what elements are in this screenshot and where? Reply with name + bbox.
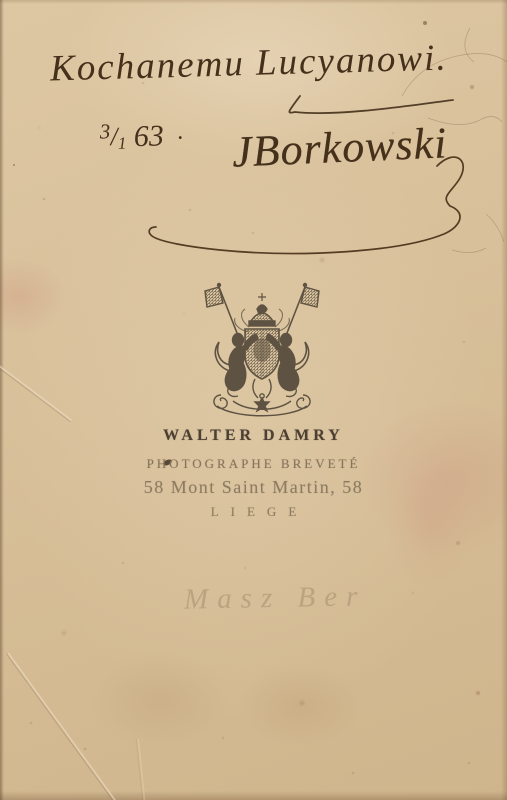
faint-pencil-inscription: Masz Ber (184, 580, 367, 616)
crown-icon (249, 293, 275, 326)
flag-left-icon (205, 284, 237, 334)
cdv-card-back-photo: Kochanemu Lucyanowi. 3/1 63. JBorkowski (0, 0, 507, 800)
studio-name: WALTER DAMRY (0, 427, 507, 445)
coat-of-arms-emblem (203, 279, 321, 417)
studio-title: PHOTOGRAPHE BREVETÉ (0, 456, 507, 472)
studio-address: 58 Mont Saint Martin, 58 (0, 477, 507, 498)
studio-city: LIEGE (0, 504, 507, 520)
shield-icon (245, 329, 279, 379)
flag-right-icon (287, 284, 319, 334)
